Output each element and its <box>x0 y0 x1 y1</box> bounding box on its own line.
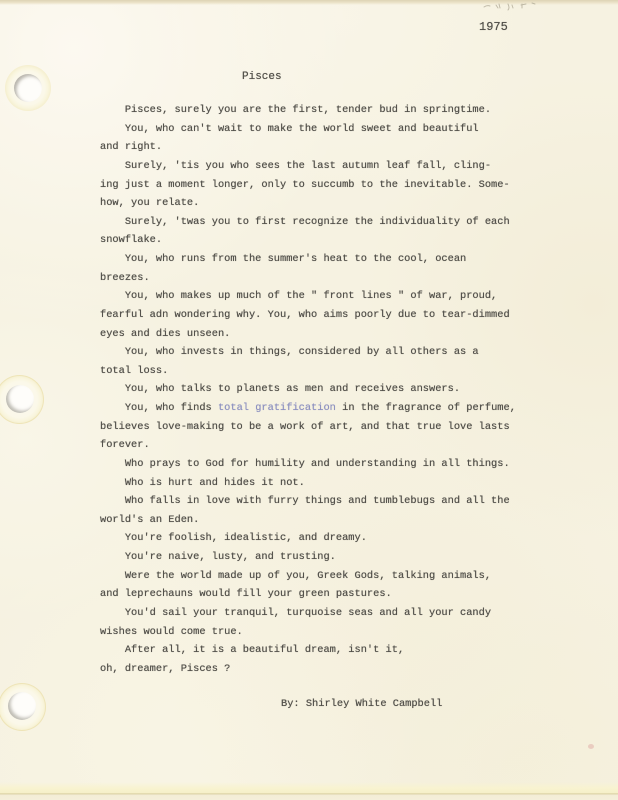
poem-text-segment: and right. <box>100 141 162 153</box>
poem-line: You're naive, lusty, and trusting. <box>100 548 516 567</box>
poem-text-segment: in the fragrance of perfume, <box>336 402 516 414</box>
punch-hole-middle <box>6 385 34 413</box>
poem-text-segment: Who falls in love with furry things and … <box>100 495 510 507</box>
poem-text-segment: eyes and dies unseen. <box>100 328 230 340</box>
punch-hole-ring-bottom <box>0 683 46 731</box>
page-top-edge <box>0 0 618 5</box>
poem-line: Were the world made up of you, Greek God… <box>100 567 516 586</box>
poem-text-segment: fearful adn wondering why. You, who aims… <box>100 309 510 321</box>
poem-line: You, who makes up much of the " front li… <box>100 287 516 306</box>
poem-line: Who is hurt and hides it not. <box>100 474 516 493</box>
poem-body: Pisces, surely you are the first, tender… <box>100 101 516 678</box>
poem-text-segment: You, who invests in things, considered b… <box>100 346 479 358</box>
poem-line: fearful adn wondering why. You, who aims… <box>100 306 516 325</box>
poem-line: world's an Eden. <box>100 511 516 530</box>
poem-line: Surely, 'twas you to first recognize the… <box>100 213 516 232</box>
poem-line: total loss. <box>100 362 516 381</box>
poem-text-segment: total loss. <box>100 365 168 377</box>
poem-text-segment: ing just a moment longer, only to succum… <box>100 179 510 191</box>
poem-line: ing just a moment longer, only to succum… <box>100 176 516 195</box>
poem-text-segment: Who prays to God for humility and unders… <box>100 458 510 470</box>
punch-hole-ring-middle <box>0 375 44 424</box>
poem-line: breezes. <box>100 269 516 288</box>
poem-line: Who prays to God for humility and unders… <box>100 455 516 474</box>
poem-text-segment: wishes would come true. <box>100 626 243 638</box>
poem-text-segment: You, who runs from the summer's heat to … <box>100 253 466 265</box>
poem-text-segment: Who is hurt and hides it not. <box>100 477 305 489</box>
poem-line: eyes and dies unseen. <box>100 325 516 344</box>
highlighted-phrase: total gratification <box>218 402 336 414</box>
poem-text-segment: You, who makes up much of the " front li… <box>100 290 497 302</box>
poem-line: You'd sail your tranquil, turquoise seas… <box>100 604 516 623</box>
poem-text-segment: You're foolish, idealistic, and dreamy. <box>100 532 367 544</box>
poem-line: oh, dreamer, Pisces ? <box>100 660 516 679</box>
poem-line: forever. <box>100 436 516 455</box>
poem-line: snowflake. <box>100 231 516 250</box>
poem-text-segment: believes love-making to be a work of art… <box>100 421 510 433</box>
poem-text-segment: Surely, 'tis you who sees the last autum… <box>100 160 491 172</box>
poem-title: Pisces <box>242 71 282 84</box>
poem-line: You, who invests in things, considered b… <box>100 343 516 362</box>
pink-smudge <box>588 744 594 749</box>
poem-line: wishes would come true. <box>100 623 516 642</box>
poem-text-segment: Were the world made up of you, Greek God… <box>100 570 491 582</box>
poem-line: You're foolish, idealistic, and dreamy. <box>100 529 516 548</box>
poem-line: believes love-making to be a work of art… <box>100 418 516 437</box>
poem-line: You, who runs from the summer's heat to … <box>100 250 516 269</box>
poem-line: and right. <box>100 138 516 157</box>
poem-line: After all, it is a beautiful dream, isn'… <box>100 641 516 660</box>
poem-text-segment: You, who can't wait to make the world sw… <box>100 123 479 135</box>
poem-text-segment: snowflake. <box>100 234 162 246</box>
punch-hole-top <box>14 74 42 102</box>
punch-hole-bottom <box>8 692 36 720</box>
poem-text-segment: You, who finds <box>100 402 218 414</box>
poem-text-segment: You, who talks to planets as men and rec… <box>100 383 460 395</box>
scanned-page: 1975 Pisces Pisces, surely you are the f… <box>0 0 618 800</box>
byline: By: Shirley White Campbell <box>281 698 442 711</box>
poem-text-segment: Surely, 'twas you to first recognize the… <box>100 216 510 228</box>
poem-line: Who falls in love with furry things and … <box>100 492 516 511</box>
poem-line: Surely, 'tis you who sees the last autum… <box>100 157 516 176</box>
poem-line: You, who finds total gratification in th… <box>100 399 516 418</box>
poem-line: You, who talks to planets as men and rec… <box>100 380 516 399</box>
poem-text-segment: oh, dreamer, Pisces ? <box>100 663 230 675</box>
poem-line: You, who can't wait to make the world sw… <box>100 120 516 139</box>
poem-text-segment: world's an Eden. <box>100 514 199 526</box>
poem-text-segment: You'd sail your tranquil, turquoise seas… <box>100 607 491 619</box>
poem-text-segment: how, you relate. <box>100 197 199 209</box>
poem-text-segment: forever. <box>100 439 150 451</box>
page-bottom-edge <box>0 782 618 800</box>
poem-line: how, you relate. <box>100 194 516 213</box>
year-label: 1975 <box>479 20 508 34</box>
punch-hole-ring-top <box>5 65 51 111</box>
poem-text-segment: Pisces, surely you are the first, tender… <box>100 104 491 116</box>
poem-text-segment: You're naive, lusty, and trusting. <box>100 551 336 563</box>
poem-line: and leprechauns would fill your green pa… <box>100 585 516 604</box>
poem-text-segment: and leprechauns would fill your green pa… <box>100 588 392 600</box>
pencil-scribble <box>482 1 538 12</box>
poem-text-segment: breezes. <box>100 272 150 284</box>
poem-line: Pisces, surely you are the first, tender… <box>100 101 516 120</box>
poem-text-segment: After all, it is a beautiful dream, isn'… <box>100 644 404 656</box>
